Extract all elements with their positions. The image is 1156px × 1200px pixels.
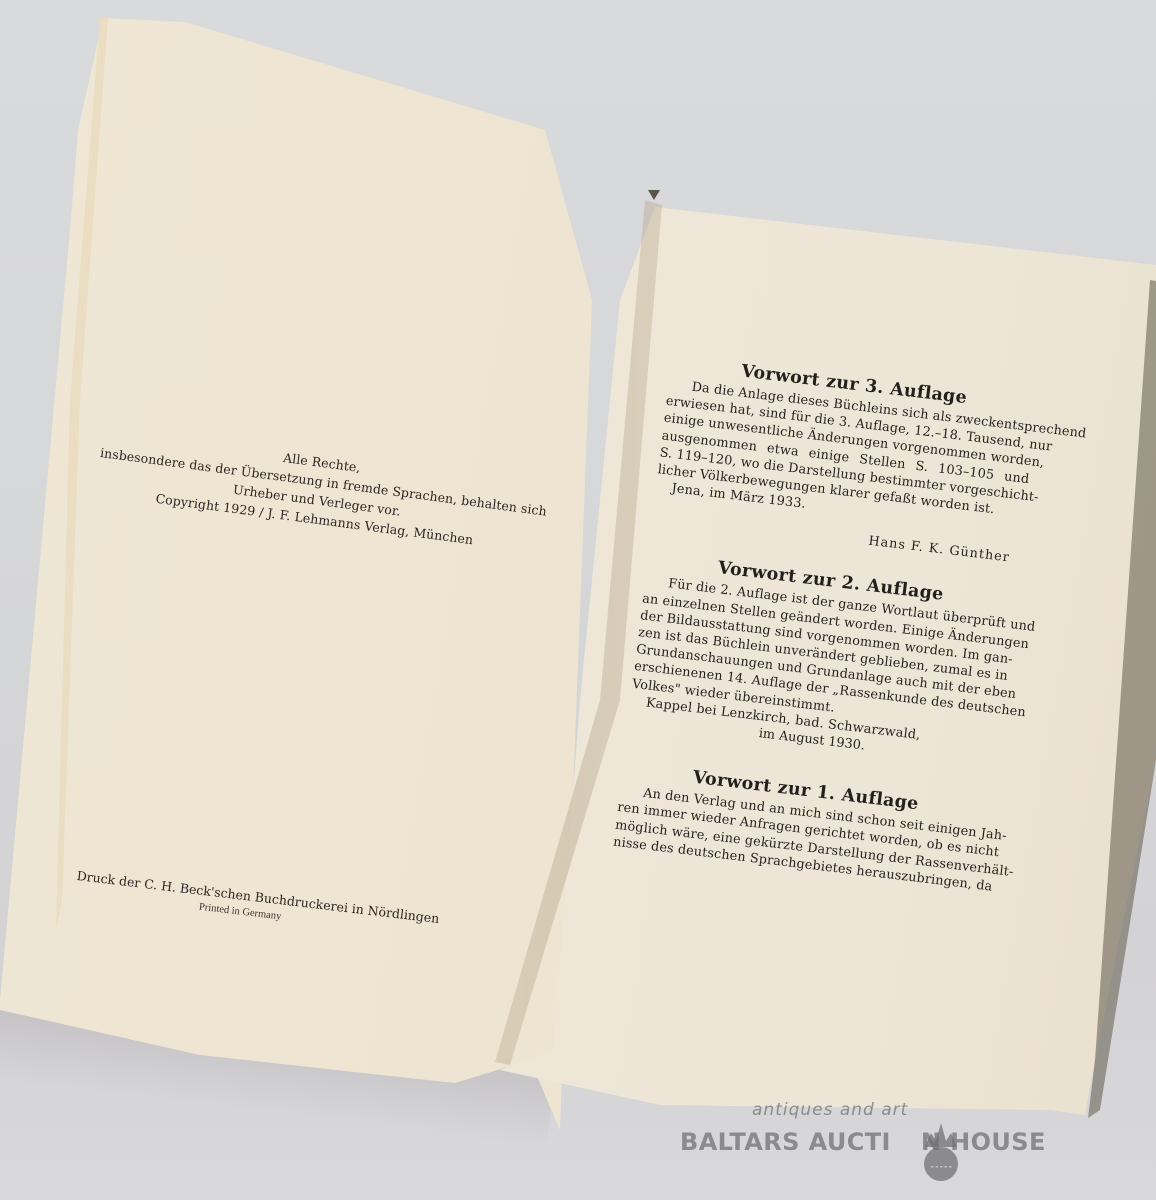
crown-logo-icon xyxy=(923,1121,959,1183)
watermark-tagline: antiques and art xyxy=(752,1100,908,1120)
spine-corner xyxy=(648,190,660,200)
book-photo: Alle Rechte, insbesondere das der Überse… xyxy=(0,0,1156,1200)
auction-house-watermark: antiques and art BALTARS AUCTIN HOUSE xyxy=(680,1100,1080,1170)
foreword-2nd-edition: Vorwort zur 2. Auflage Für die 2. Auflag… xyxy=(627,547,1016,770)
watermark-name-part1: BALTARS AUCTI xyxy=(680,1128,891,1156)
watermark-name: BALTARS AUCTIN HOUSE xyxy=(680,1128,1046,1156)
forewords: Vorwort zur 3. Auflage Da die Anlage die… xyxy=(612,350,1039,894)
